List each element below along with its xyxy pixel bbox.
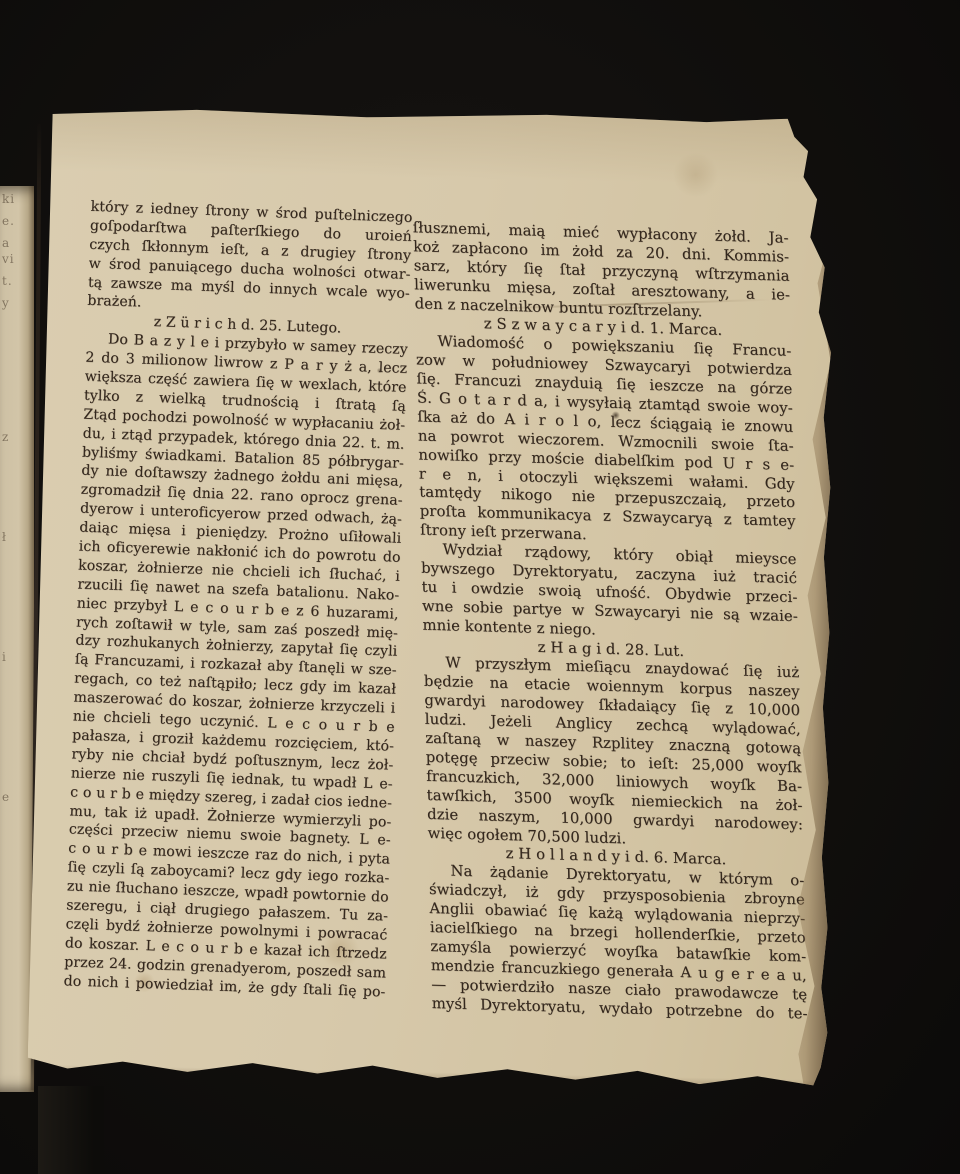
facing-page-edge: kie.avit.yzłie — [0, 186, 34, 1092]
margin-text-fragment: y — [2, 296, 10, 310]
book-block-edge — [38, 1086, 104, 1174]
margin-text-fragment: e. — [2, 214, 15, 228]
margin-text-fragment: z — [2, 430, 9, 444]
margin-text-fragment: e — [2, 790, 10, 804]
scanned-newspaper-page: kie.avit.yzłie który z iedney ſtrony w ś… — [0, 0, 960, 1174]
column-left: który z iedney ſtrony w środ puſtelnicze… — [63, 198, 412, 1002]
bottom-deckle-edge — [27, 1062, 849, 1094]
paper-sheet: który z iedney ſtrony w środ puſtelnicze… — [27, 102, 868, 1094]
margin-text-fragment: ki — [2, 192, 15, 206]
margin-text-fragment: t. — [2, 274, 13, 288]
margin-text-fragment: i — [2, 650, 7, 664]
margin-text-fragment: ł — [2, 530, 7, 544]
margin-text-fragment: vi — [2, 252, 15, 266]
margin-text-fragment: a — [2, 236, 10, 250]
column-right: ſłusznemi, maią mieć wypłacony żołd. Ja-… — [413, 219, 808, 1024]
